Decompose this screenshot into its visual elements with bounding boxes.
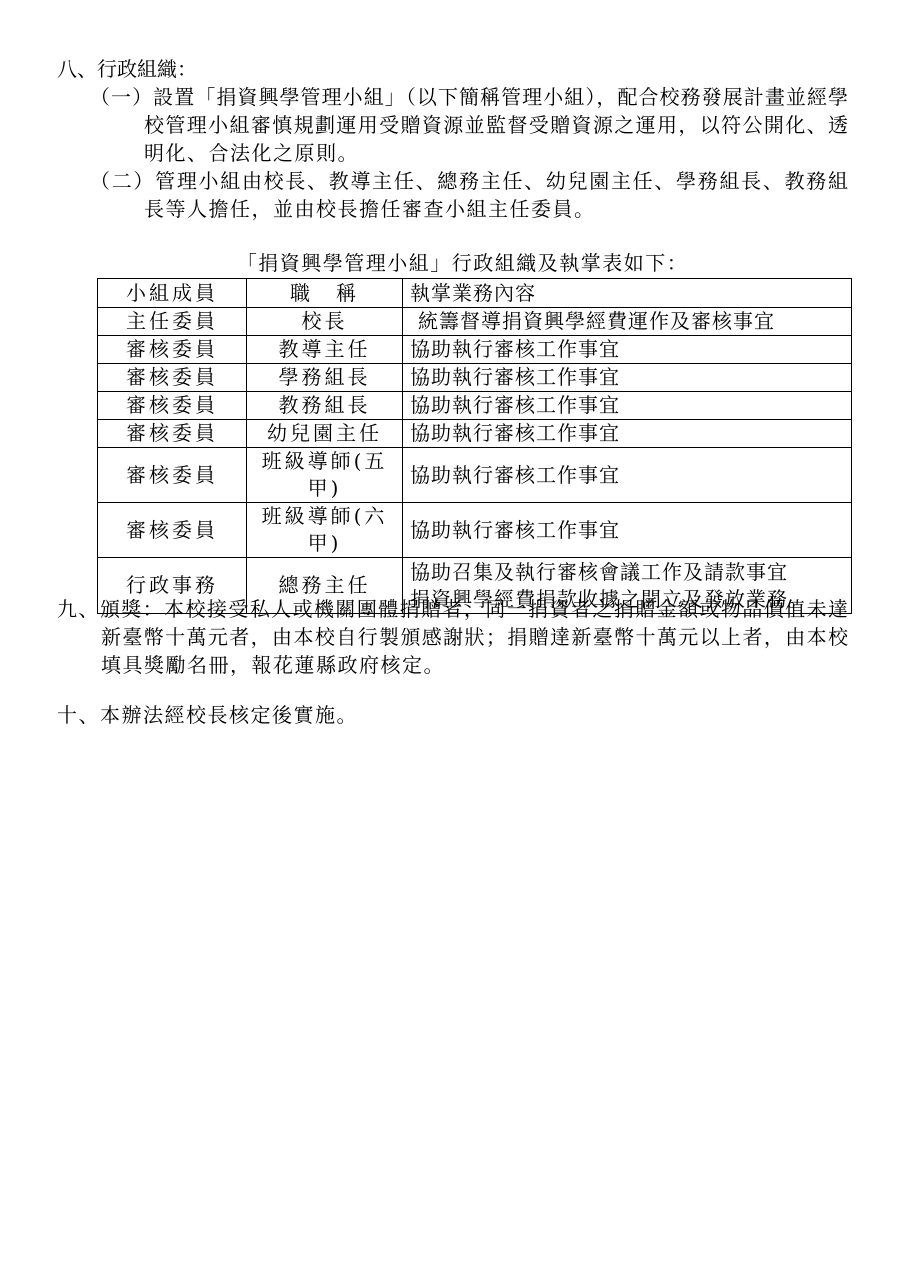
document-page: 八、行政組織： （一）設置「捐資興學管理小組」（以下簡稱管理小組），配合校務發展…: [0, 0, 905, 1280]
item-2-line-2: 長等人擔任，並由校長擔任審查小組主任委員。: [144, 195, 848, 223]
item-1-line-3: 明化、合法化之原則。: [144, 139, 848, 167]
cell-duties: 協助執行審核工作事宜: [403, 336, 852, 364]
item-2-line-1: （二）管理小組由校長、教導主任、總務主任、幼兒園主任、學務組長、教務組: [90, 167, 848, 195]
cell-title: 班級導師(六甲): [247, 503, 403, 558]
section-8-item-2: （二）管理小組由校長、教導主任、總務主任、幼兒園主任、學務組長、教務組 長等人擔…: [57, 167, 848, 223]
cell-member: 審核委員: [98, 336, 247, 364]
cell-title: 教務組長: [247, 392, 403, 420]
table-row: 主任委員 校長 統籌督導捐資興學經費運作及審核事宜: [98, 308, 852, 336]
table-header-row: 小組成員 職 稱 執掌業務內容: [98, 279, 852, 308]
table-row: 審核委員 教導主任 協助執行審核工作事宜: [98, 336, 852, 364]
table-row: 審核委員 班級導師(六甲) 協助執行審核工作事宜: [98, 503, 852, 558]
table-row: 審核委員 幼兒園主任 協助執行審核工作事宜: [98, 420, 852, 448]
section-8-item-1: （一）設置「捐資興學管理小組」（以下簡稱管理小組），配合校務發展計畫並經學 校管…: [57, 83, 848, 167]
cell-member: 主任委員: [98, 308, 247, 336]
section-8-heading: 八、行政組織：: [57, 55, 848, 83]
section-9-line-1: 九、頒獎：本校接受私人或機關團體捐贈者，同一捐資者之捐贈金額或物品價值未達: [57, 595, 848, 623]
section-8: 八、行政組織： （一）設置「捐資興學管理小組」（以下簡稱管理小組），配合校務發展…: [57, 55, 848, 223]
section-10-line: 十、本辦法經校長核定後實施。: [57, 701, 848, 729]
section-10: 十、本辦法經校長核定後實施。: [57, 701, 848, 729]
cell-title: 校長: [247, 308, 403, 336]
table-row: 審核委員 學務組長 協助執行審核工作事宜: [98, 364, 852, 392]
section-9: 九、頒獎：本校接受私人或機關團體捐贈者，同一捐資者之捐贈金額或物品價值未達 新臺…: [57, 595, 848, 679]
cell-member: 審核委員: [98, 364, 247, 392]
header-title: 職 稱: [247, 279, 403, 308]
duty-line-1: 協助召集及執行審核會議工作及請款事宜: [410, 559, 851, 586]
header-member: 小組成員: [98, 279, 247, 308]
cell-title: 班級導師(五甲): [247, 448, 403, 503]
header-duties: 執掌業務內容: [403, 279, 852, 308]
cell-duties: 協助執行審核工作事宜: [403, 448, 852, 503]
cell-title: 教導主任: [247, 336, 403, 364]
cell-duties: 協助執行審核工作事宜: [403, 364, 852, 392]
cell-title: 學務組長: [247, 364, 403, 392]
org-table-grid: 小組成員 職 稱 執掌業務內容 主任委員 校長 統籌督導捐資興學經費運作及審核事…: [97, 278, 852, 614]
cell-duties: 協助執行審核工作事宜: [403, 420, 852, 448]
org-table: 小組成員 職 稱 執掌業務內容 主任委員 校長 統籌督導捐資興學經費運作及審核事…: [97, 278, 852, 614]
item-1-line-1: （一）設置「捐資興學管理小組」（以下簡稱管理小組），配合校務發展計畫並經學: [90, 83, 848, 111]
cell-duties: 統籌督導捐資興學經費運作及審核事宜: [403, 308, 852, 336]
cell-member: 審核委員: [98, 392, 247, 420]
table-row: 審核委員 教務組長 協助執行審核工作事宜: [98, 392, 852, 420]
table-title: 「捐資興學管理小組」行政組織及執掌表如下：: [67, 249, 858, 277]
cell-member: 審核委員: [98, 503, 247, 558]
cell-duties: 協助執行審核工作事宜: [403, 503, 852, 558]
cell-title: 幼兒園主任: [247, 420, 403, 448]
section-9-line-3: 填具獎勵名冊，報花蓮縣政府核定。: [101, 651, 848, 679]
cell-duties: 協助執行審核工作事宜: [403, 392, 852, 420]
table-row: 審核委員 班級導師(五甲) 協助執行審核工作事宜: [98, 448, 852, 503]
cell-member: 審核委員: [98, 448, 247, 503]
item-1-line-2: 校管理小組審慎規劃運用受贈資源並監督受贈資源之運用，以符公開化、透: [144, 111, 848, 139]
section-9-line-2: 新臺幣十萬元者，由本校自行製頒感謝狀；捐贈達新臺幣十萬元以上者，由本校: [101, 623, 848, 651]
cell-member: 審核委員: [98, 420, 247, 448]
